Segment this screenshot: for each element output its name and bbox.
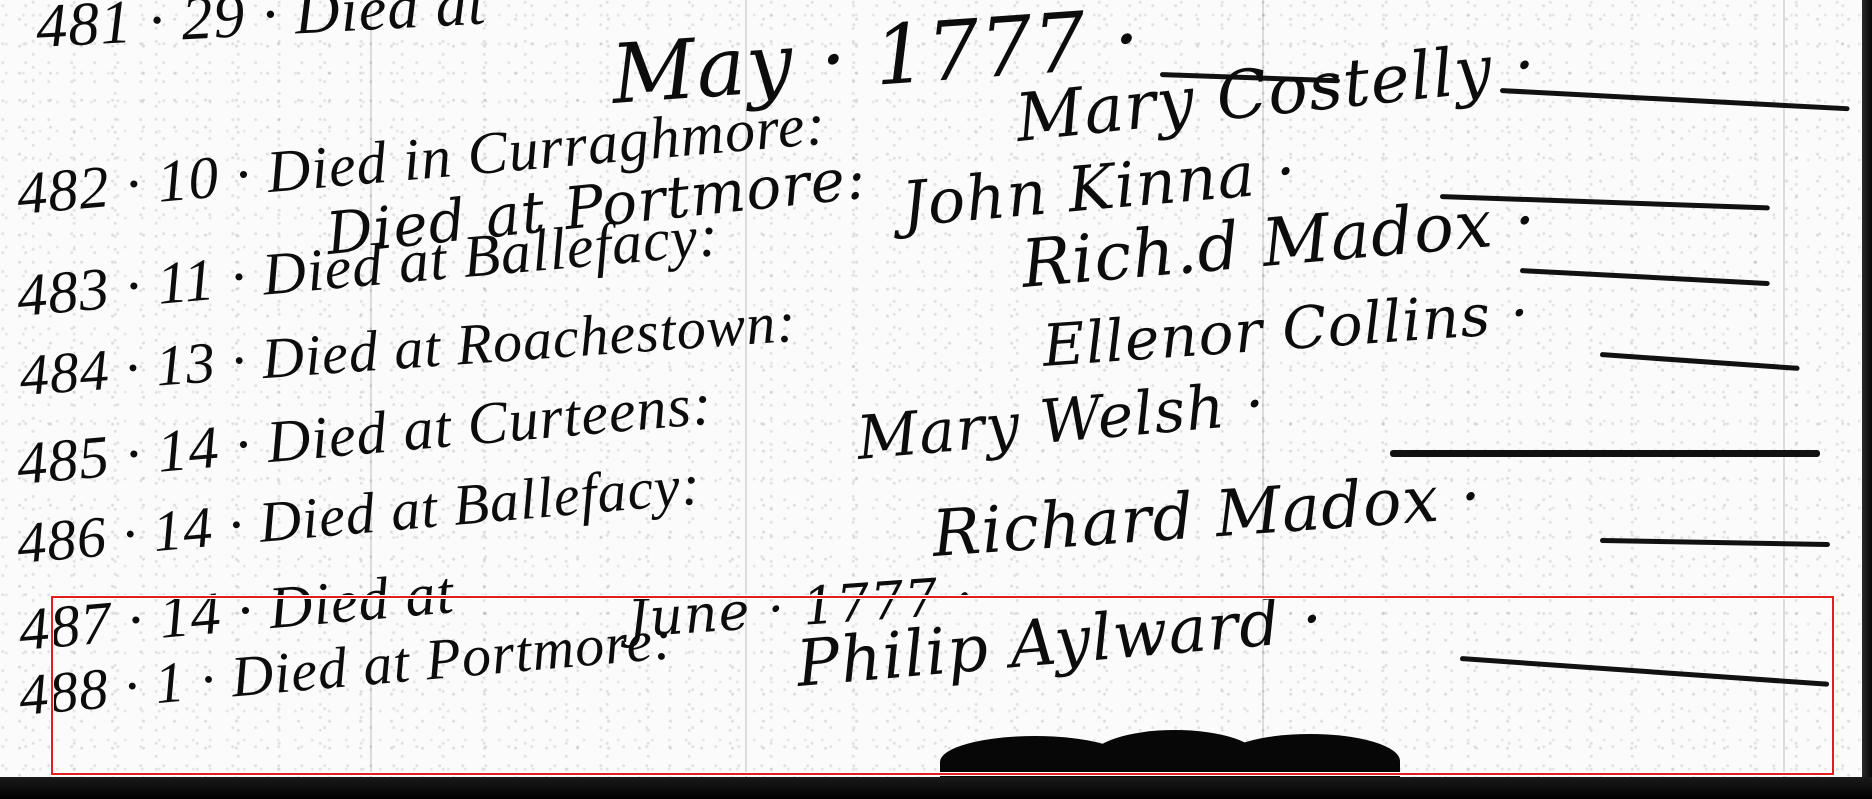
entry-name: Mary Welsh · (854, 369, 1268, 474)
flourish-line (1600, 352, 1800, 371)
page-edge-right (1862, 0, 1872, 799)
flourish-line (1520, 268, 1770, 286)
flourish-line (1500, 88, 1850, 111)
page-edge-bottom (0, 777, 1872, 799)
entry-name: Richard Madox · (930, 460, 1485, 572)
flourish-line (1600, 538, 1830, 547)
entry-481: 481 · 29 · Died at (34, 0, 487, 63)
flourish-line (1390, 450, 1820, 457)
highlight-box (51, 596, 1834, 775)
